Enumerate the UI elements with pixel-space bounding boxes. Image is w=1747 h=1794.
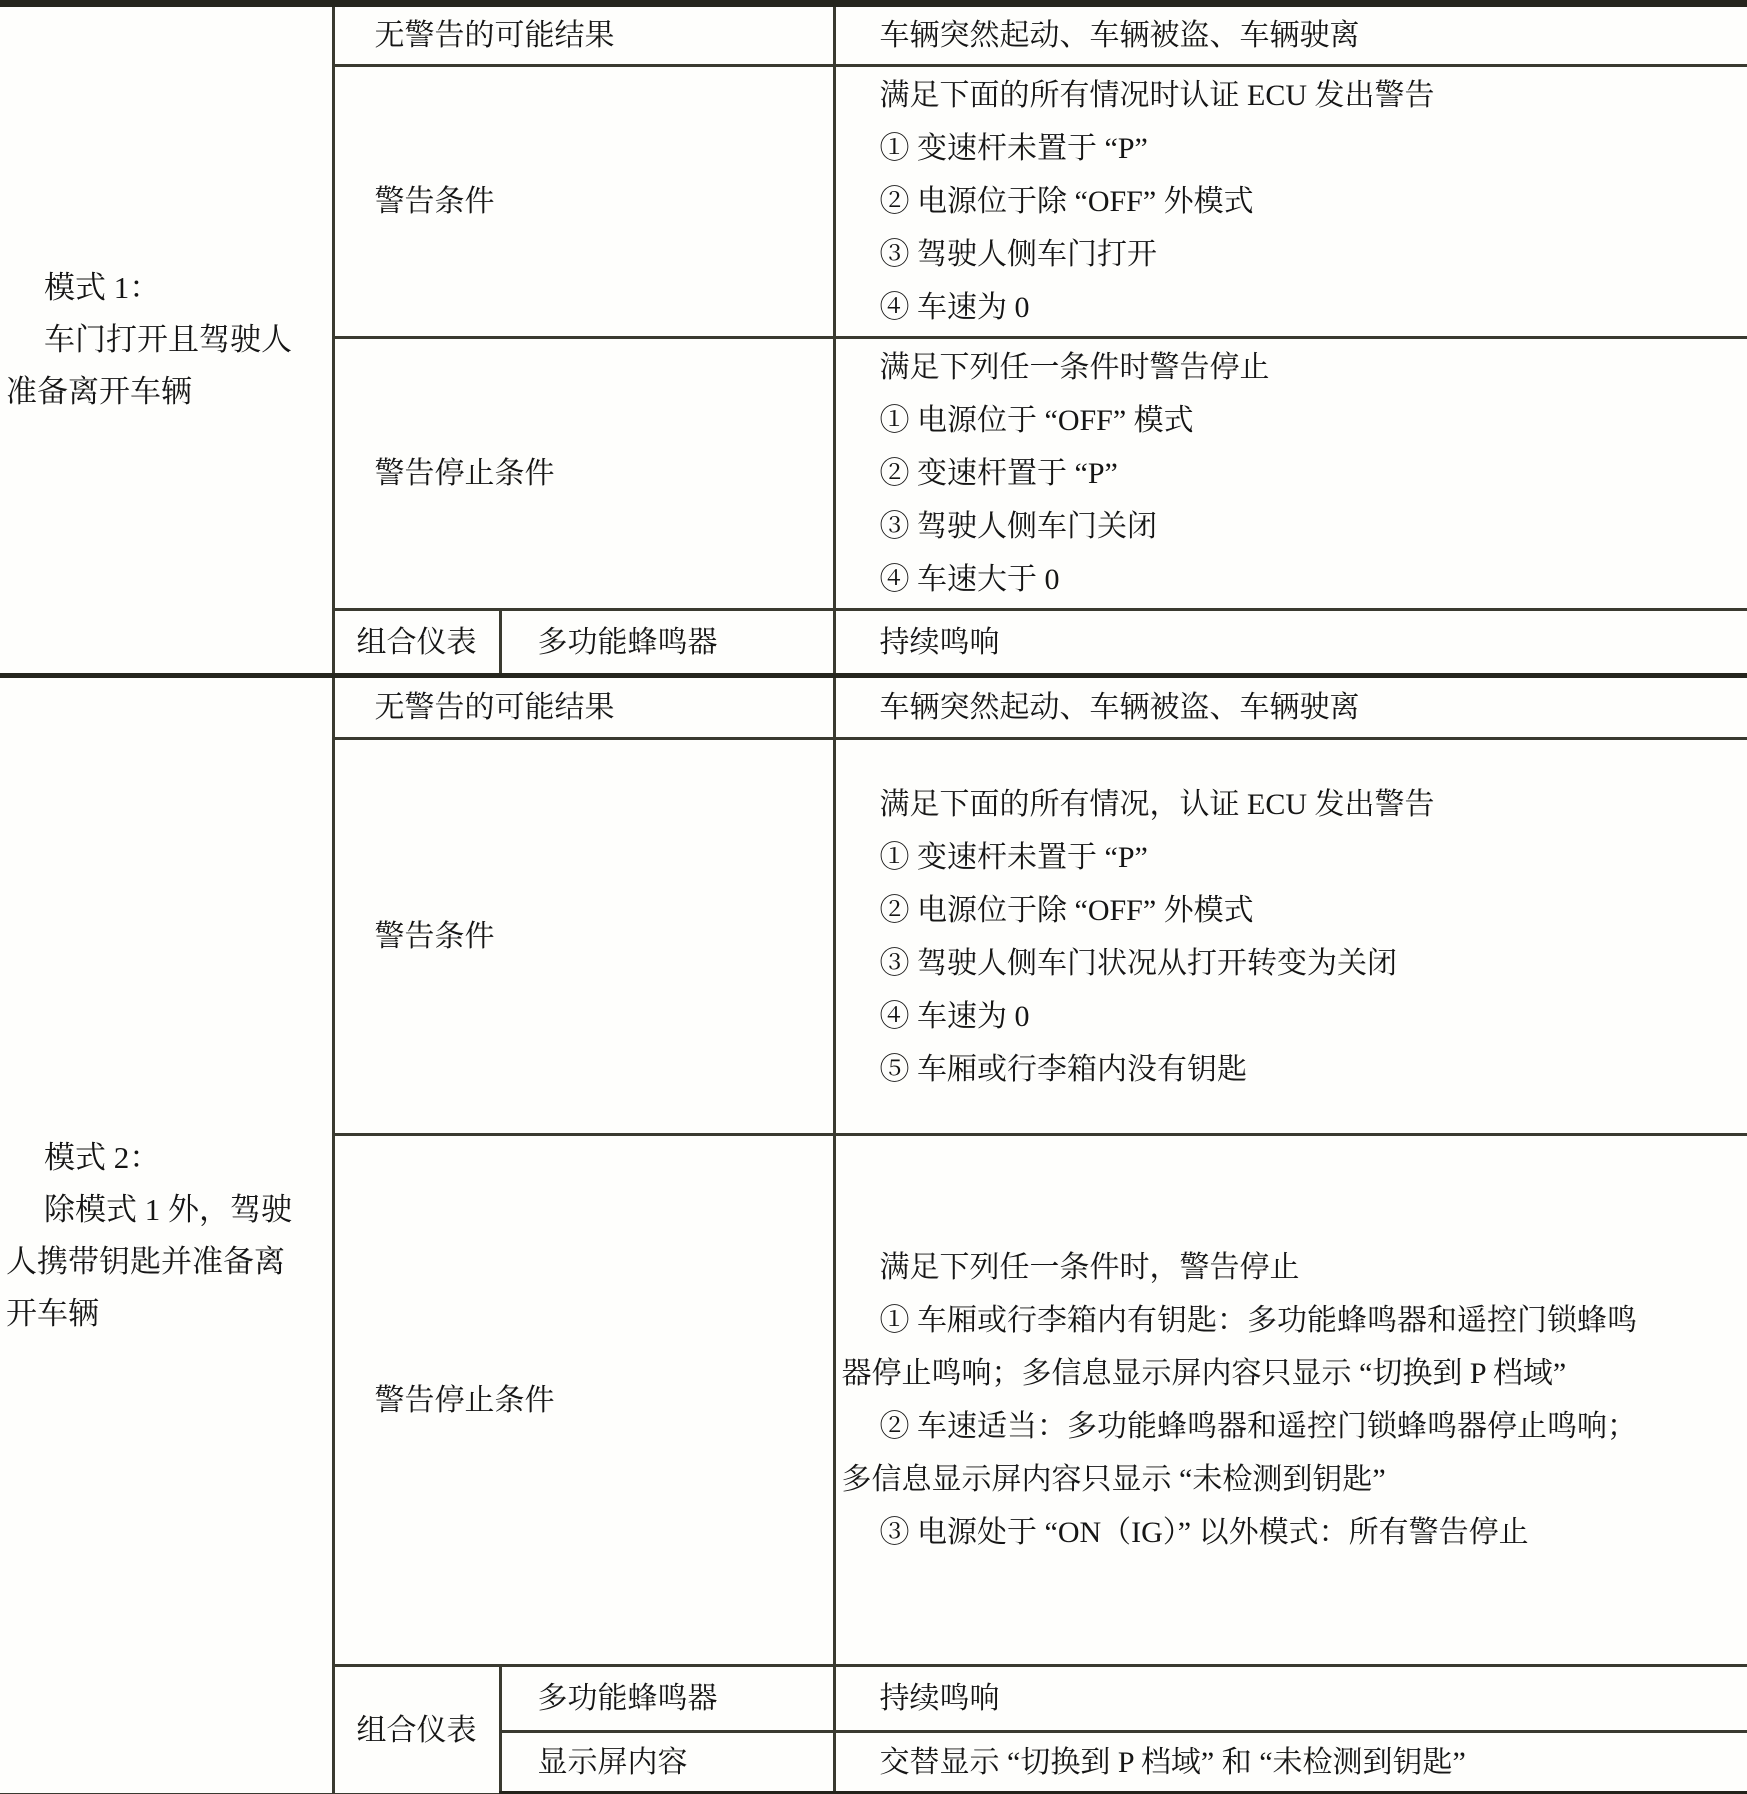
mode1-label-line: 准备离开车辆 [6,366,326,418]
text-line: ② 变速杆置于 “P” [842,447,1740,500]
text-line: ③ 电源处于 “ON（IG）” 以外模式：所有警告停止 [842,1506,1740,1559]
text-line: ⑤ 车厢或行李箱内没有钥匙 [842,1043,1740,1096]
text-line: 满足下面的所有情况，认证 ECU 发出警告 [842,778,1740,831]
text-line: 持续鸣响 [842,616,1740,669]
mode1-buzzer-behavior: 持续鸣响 [834,610,1747,676]
mode1-no-warning-value: 车辆突然起动、车辆被盗、车辆驶离 [834,4,1747,66]
text-line: ② 电源位于除 “OFF” 外模式 [842,884,1740,937]
mode2-no-warning-value: 车辆突然起动、车辆被盗、车辆驶离 [834,676,1747,739]
row-header-label: 警告停止条件 [375,447,833,500]
text-line: ③ 驾驶人侧车门打开 [842,228,1740,281]
text-line: ① 电源位于 “OFF” 模式 [842,394,1740,447]
cluster-label: 组合仪表 [335,616,499,669]
mode2-buzzer-behavior: 持续鸣响 [834,1666,1747,1732]
mode2-warn-stop-value: 满足下列任一条件时，警告停止 ① 车厢或行李箱内有钥匙：多功能蜂鸣器和遥控门锁蜂… [834,1135,1747,1666]
document-page: 模式 1： 车门打开且驾驶人 准备离开车辆 无警告的可能结果 车辆突然起动、车辆… [0,0,1747,1794]
mode2-warn-condition-value: 满足下面的所有情况，认证 ECU 发出警告 ① 变速杆未置于 “P” ② 电源位… [834,739,1747,1135]
text-line: 持续鸣响 [842,1672,1740,1725]
mode1-label-line: 模式 1： [6,262,326,314]
mode1-buzzer-label: 多功能蜂鸣器 [500,610,834,676]
text-line: 交替显示 “切换到 P 档域” 和 “未检测到钥匙” [842,1736,1740,1789]
text-line: ① 变速杆未置于 “P” [842,122,1740,175]
text-line: 器停止鸣响；多信息显示屏内容只显示 “切换到 P 档域” [842,1347,1740,1400]
text-line: 满足下面的所有情况时认证 ECU 发出警告 [842,69,1740,122]
device-label: 多功能蜂鸣器 [538,1672,833,1725]
row-header-label: 无警告的可能结果 [375,9,833,62]
mode2-cluster-header: 组合仪表 [333,1666,500,1794]
text-line: ④ 车速为 0 [842,281,1740,334]
mode2-label-line: 除模式 1 外，驾驶 [6,1184,326,1236]
text-line: 多信息显示屏内容只显示 “未检测到钥匙” [842,1453,1740,1506]
mode1-warn-condition-header: 警告条件 [333,66,834,338]
mode2-label-line: 模式 2： [6,1132,326,1184]
row-header-label: 警告条件 [375,910,833,963]
text-line: ② 车速适当：多功能蜂鸣器和遥控门锁蜂鸣器停止鸣响； [842,1400,1740,1453]
text-line: ② 电源位于除 “OFF” 外模式 [842,175,1740,228]
mode1-label-cell: 模式 1： 车门打开且驾驶人 准备离开车辆 [0,4,333,676]
row-header-label: 警告条件 [375,175,833,228]
device-label: 多功能蜂鸣器 [538,616,833,669]
row-header-label: 无警告的可能结果 [375,681,833,734]
mode2-no-warning-header: 无警告的可能结果 [333,676,834,739]
mode2-buzzer-label: 多功能蜂鸣器 [500,1666,834,1732]
text-line: ① 车厢或行李箱内有钥匙：多功能蜂鸣器和遥控门锁蜂鸣 [842,1294,1740,1347]
text-line: ③ 驾驶人侧车门状况从打开转变为关闭 [842,937,1740,990]
device-label: 显示屏内容 [538,1736,833,1789]
text-line: 满足下列任一条件时，警告停止 [842,1241,1740,1294]
mode2-warn-condition-header: 警告条件 [333,739,834,1135]
mode2-display-label: 显示屏内容 [500,1732,834,1794]
text-line: 满足下列任一条件时警告停止 [842,341,1740,394]
warning-modes-table: 模式 1： 车门打开且驾驶人 准备离开车辆 无警告的可能结果 车辆突然起动、车辆… [0,0,1747,1794]
mode2-display-behavior: 交替显示 “切换到 P 档域” 和 “未检测到钥匙” [834,1732,1747,1794]
text-line: ① 变速杆未置于 “P” [842,831,1740,884]
mode2-label-cell: 模式 2： 除模式 1 外，驾驶 人携带钥匙并准备离 开车辆 [0,676,333,1794]
mode1-warn-stop-value: 满足下列任一条件时警告停止 ① 电源位于 “OFF” 模式 ② 变速杆置于 “P… [834,338,1747,610]
mode1-cluster-header: 组合仪表 [333,610,500,676]
text-line: ④ 车速大于 0 [842,553,1740,606]
text-line: 车辆突然起动、车辆被盗、车辆驶离 [842,9,1740,62]
text-line: ④ 车速为 0 [842,990,1740,1043]
mode1-warn-stop-header: 警告停止条件 [333,338,834,610]
mode1-no-warning-header: 无警告的可能结果 [333,4,834,66]
text-line: 车辆突然起动、车辆被盗、车辆驶离 [842,681,1740,734]
mode2-warn-stop-header: 警告停止条件 [333,1135,834,1666]
text-line: ③ 驾驶人侧车门关闭 [842,500,1740,553]
mode2-label-line: 人携带钥匙并准备离 [6,1236,326,1288]
cluster-label: 组合仪表 [335,1704,499,1757]
mode1-label-line: 车门打开且驾驶人 [6,314,326,366]
mode1-warn-condition-value: 满足下面的所有情况时认证 ECU 发出警告 ① 变速杆未置于 “P” ② 电源位… [834,66,1747,338]
mode2-label-line: 开车辆 [6,1288,326,1340]
row-header-label: 警告停止条件 [375,1374,833,1427]
